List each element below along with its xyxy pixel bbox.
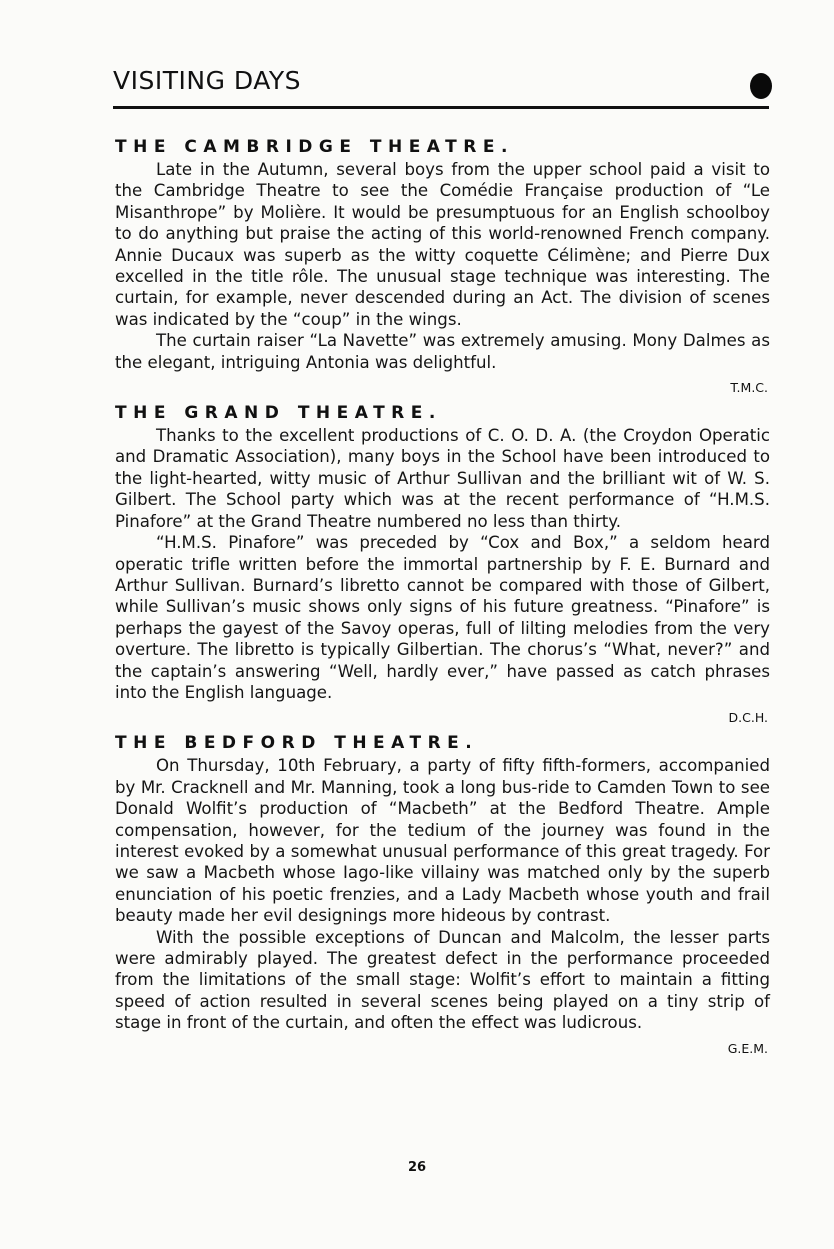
page-header: VISITING DAYS: [113, 66, 774, 110]
author-initials: G.E.M.: [115, 1040, 768, 1058]
paragraph: Thanks to the excellent productions of C…: [115, 425, 770, 532]
paragraph: “H.M.S. Pinafore” was preceded by “Cox a…: [115, 532, 770, 703]
author-initials: D.C.H.: [115, 709, 768, 727]
page-title: VISITING DAYS: [113, 66, 301, 95]
page-number: 26: [0, 1160, 834, 1175]
paragraph: The curtain raiser “La Navette” was extr…: [115, 330, 770, 373]
paragraph: On Thursday, 10th February, a party of f…: [115, 755, 770, 926]
section-grand-theatre: THE GRAND THEATRE. Thanks to the excelle…: [115, 401, 770, 727]
section-bedford-theatre: THE BEDFORD THEATRE. On Thursday, 10th F…: [115, 731, 770, 1057]
paragraph: Late in the Autumn, several boys from th…: [115, 159, 770, 330]
article-body: THE CAMBRIDGE THEATRE. Late in the Autum…: [115, 135, 770, 1062]
section-title: THE BEDFORD THEATRE.: [115, 731, 770, 755]
section-title: THE CAMBRIDGE THEATRE.: [115, 135, 770, 159]
author-initials: T.M.C.: [115, 379, 768, 397]
paragraph: With the possible exceptions of Duncan a…: [115, 927, 770, 1034]
section-title: THE GRAND THEATRE.: [115, 401, 770, 425]
section-cambridge-theatre: THE CAMBRIDGE THEATRE. Late in the Autum…: [115, 135, 770, 397]
header-rule: [113, 106, 769, 109]
bullet-dot-icon: [750, 73, 772, 99]
